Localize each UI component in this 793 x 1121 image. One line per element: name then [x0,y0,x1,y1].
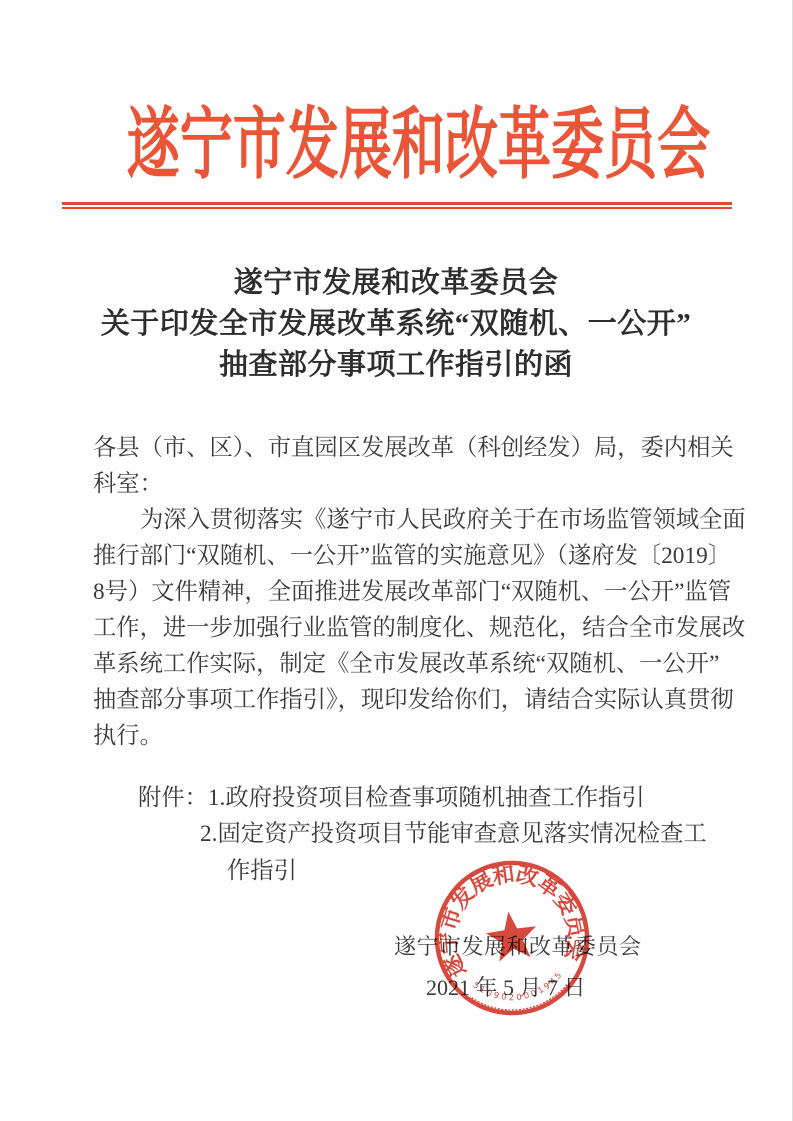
body-line: 8号）文件精神，全面推进发展改革部门“双随机、一公开”监管 [93,574,709,610]
letterhead-title: 遂宁市发展和改革委员会 [127,96,666,194]
salutation-line: 各县（市、区）、市直园区发展改革（科创经发）局，委内相关 [93,430,709,466]
official-seal-graphic: 遂宁市发展和改革委员会 5109020001945 [423,849,601,1027]
body-line: 抽查部分事项工作指引》，现印发给你们，请结合实际认真贯彻 [93,682,709,718]
salutation-line: 科室： [93,466,709,502]
attachment-line: 2.固定资产投资项目节能审查意见落实情况检查工 [200,816,709,853]
body-line: 为深入贯彻落实《遂宁市人民政府关于在市场监管领域全面 [93,502,709,538]
letter-body: 各县（市、区）、市直园区发展改革（科创经发）局，委内相关 科室： 为深入贯彻落实… [93,430,709,890]
seal-star-icon [483,908,540,963]
letterhead-divider [62,202,732,209]
body-line: 执行。 [93,718,709,754]
body-line: 推行部门“双随机、一公开”监管的实施意见》（遂府发〔2019〕 [93,538,709,574]
document-page: 遂宁市发展和改革委员会 遂宁市发展和改革委员会 关于印发全市发展改革系统“双随机… [0,0,793,1121]
document-title-line-2: 关于印发全市发展改革系统“双随机、一公开” [0,304,792,345]
document-title-line-1: 遂宁市发展和改革委员会 [0,263,792,304]
body-line: 工作，进一步加强行业监管的制度化、规范化，结合全市发展改 [93,610,709,646]
document-title: 遂宁市发展和改革委员会 关于印发全市发展改革系统“双随机、一公开” 抽查部分事项… [0,263,792,386]
official-seal: 遂宁市发展和改革委员会 5109020001945 [423,849,601,1027]
body-line: 革系统工作实际，制定《全市发展改革系统“双随机、一公开” [93,646,709,682]
attachment-line: 附件：1.政府投资项目检查事项随机抽查工作指引 [138,780,709,816]
document-title-line-3: 抽查部分事项工作指引的函 [0,345,792,386]
